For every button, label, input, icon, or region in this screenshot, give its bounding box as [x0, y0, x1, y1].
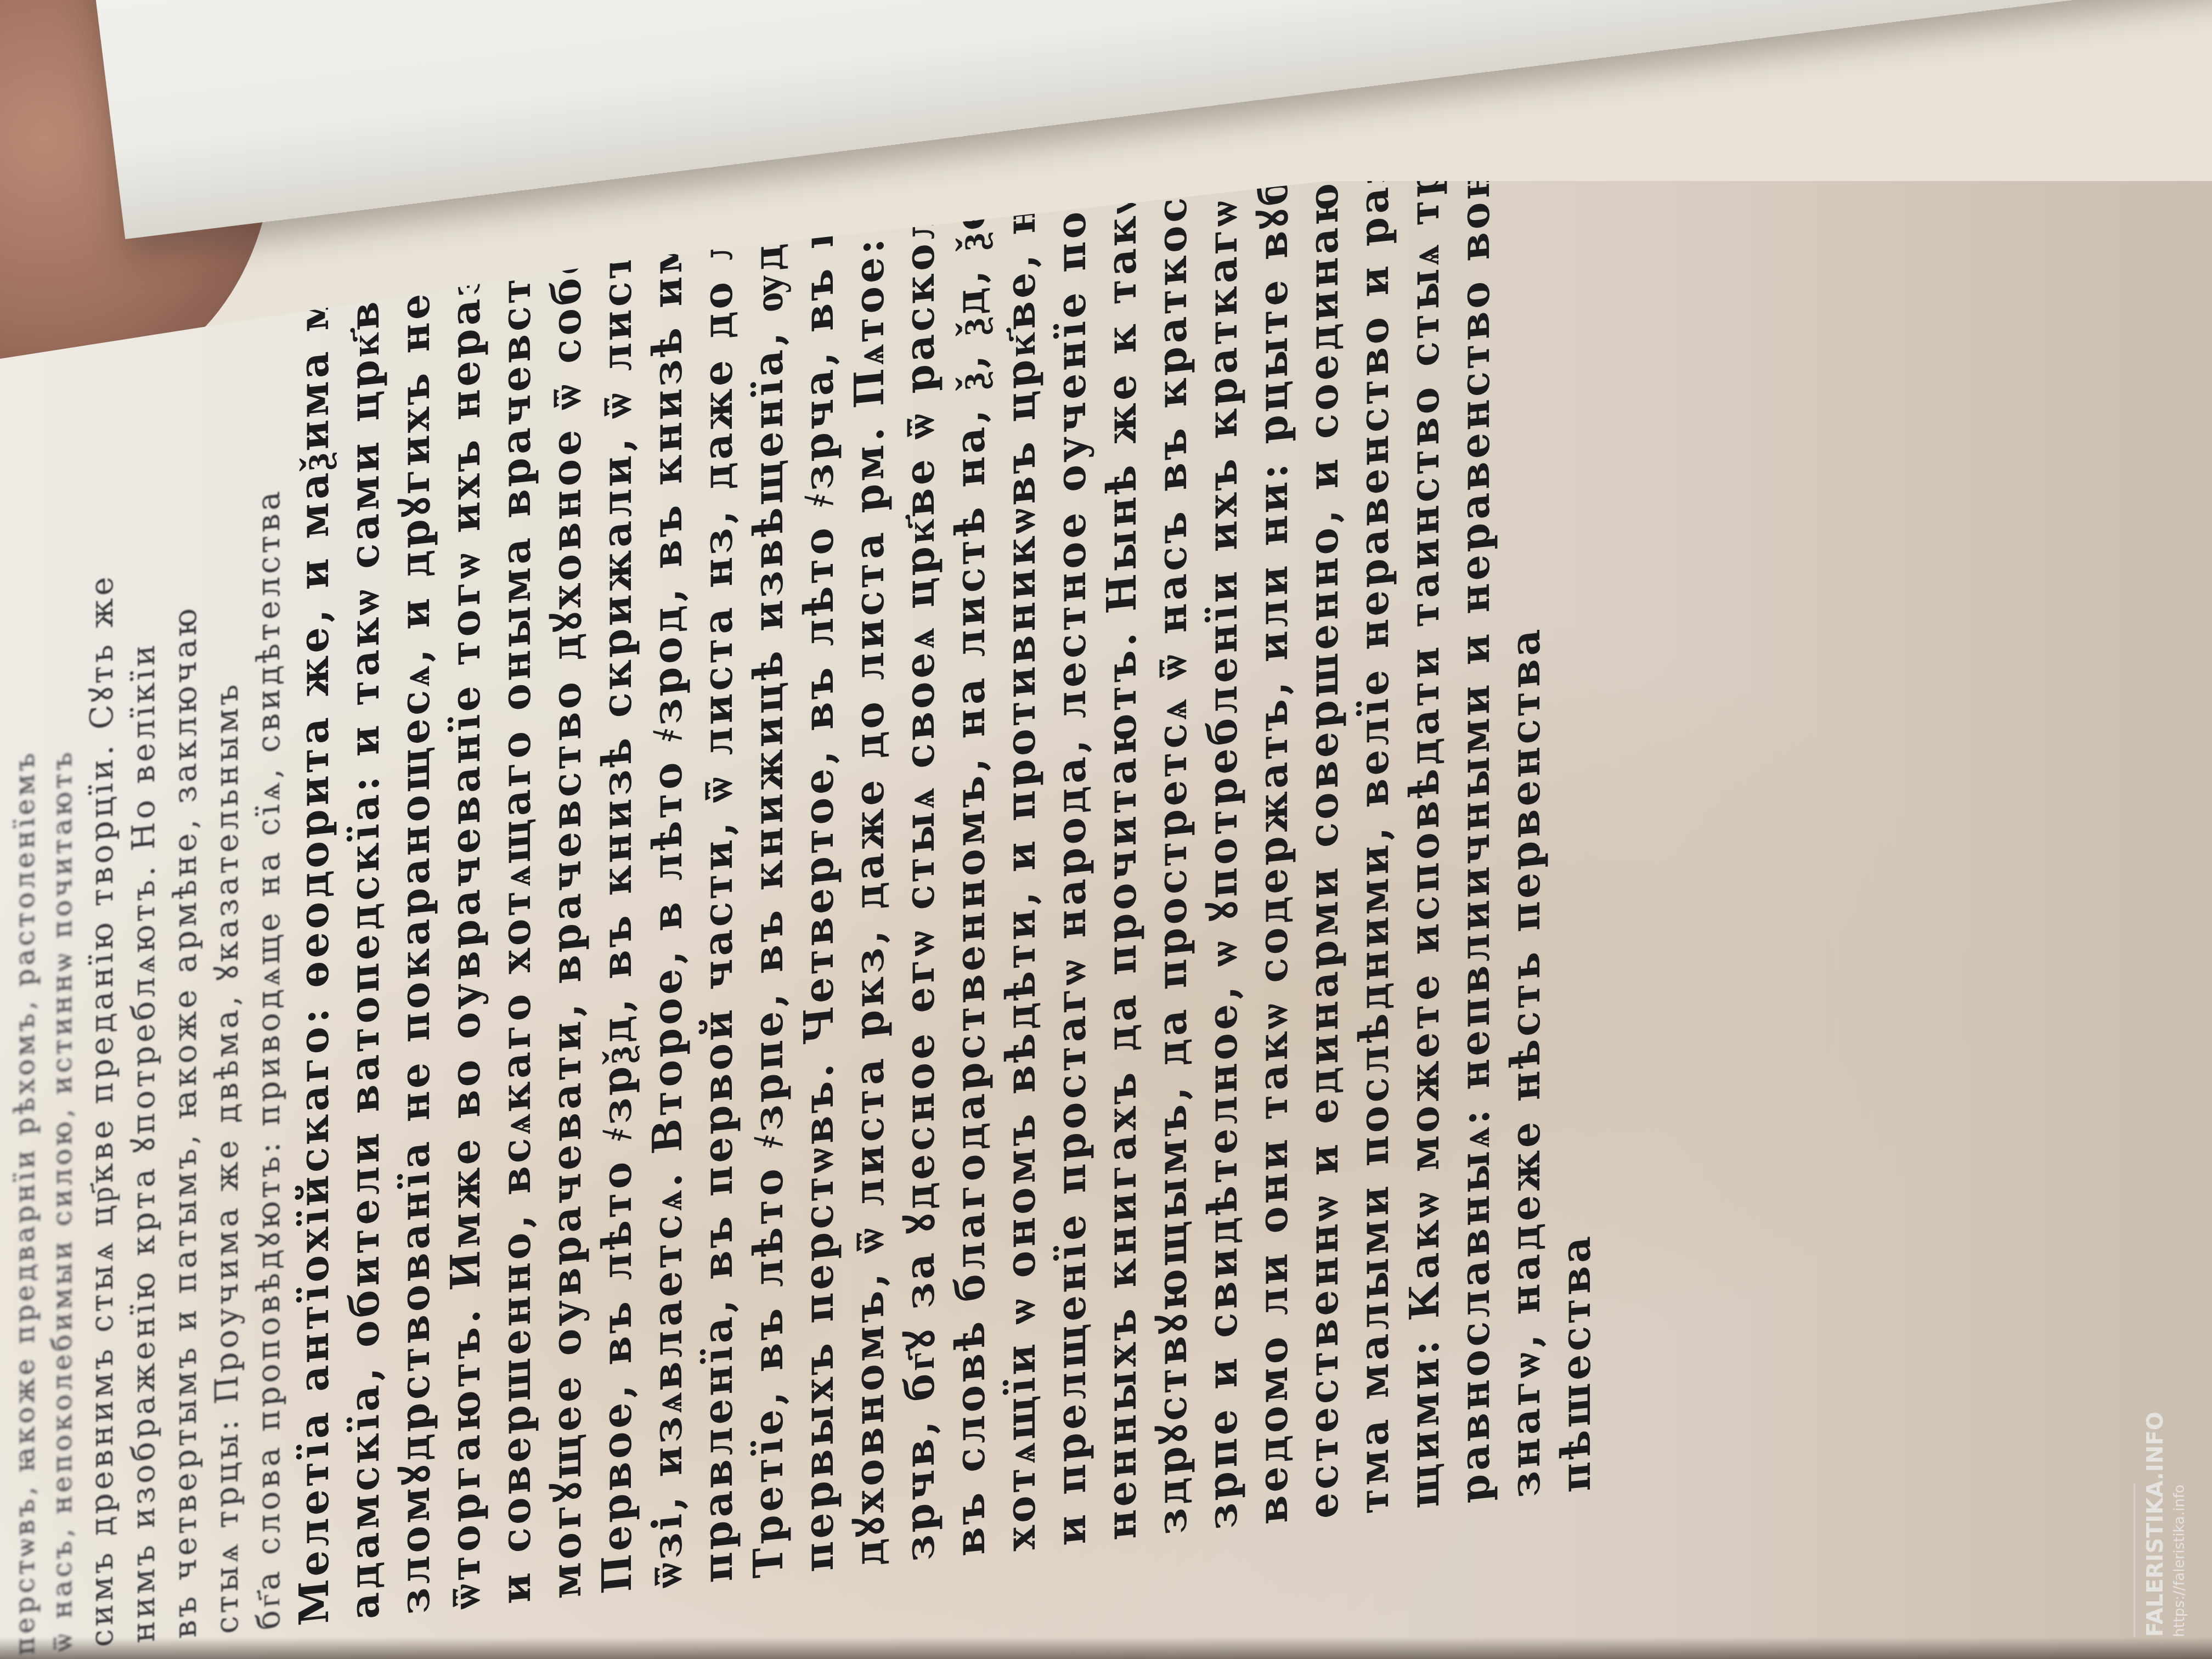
- text-line: хотѧщїи ѡ ономъ вѣдѣти, и противникѡвъ ц…: [1001, 122, 1041, 1553]
- text-line: стыѧ трцы: Проучима же двѣма, ꙋказательн…: [211, 206, 242, 1636]
- text-line: первыхъ перстѡвъ. Четвертое, въ лѣто ҂зр…: [799, 143, 839, 1574]
- watermark-url: https://faleristika.info: [2171, 1483, 2188, 1637]
- text-line: ведомо ли они такѡ содержатъ, или ни: рц…: [1253, 95, 1294, 1526]
- text-line: могꙋщее оуврачевати, врачевство дꙋховное…: [546, 170, 587, 1601]
- text-line: зломꙋдрствованїа не покаранощесѧ, и дрꙋг…: [395, 186, 436, 1617]
- text-line: Третїе, въ лѣто ҂зрпе, въ книжицѣ извѣще…: [748, 149, 789, 1579]
- text-line: ѿ насъ, непоколебимыи силою, истиннѡ поч…: [48, 224, 76, 1653]
- text-line: тма малыми послѣдними, велїе неравенство…: [1354, 85, 1395, 1516]
- text-line: въ четвертымъ и патымъ, ꙗкоже армѣне, за…: [169, 211, 201, 1640]
- text-line: Мелетїа антїохїйскаго: ѳеодорита же, и м…: [294, 196, 335, 1627]
- text-line: перстѡвъ, ꙗкоже предварнїи рѣхомъ, расто…: [11, 228, 38, 1657]
- text-line: и прелщенїе простагѡ народа, лестное оуч…: [1051, 117, 1092, 1548]
- text-line: и совершенно, всѧкаго хотѧщаго оныма вра…: [496, 175, 537, 1606]
- text-line: ненныхъ книгахъ да прочитаютъ. Нынѣ же к…: [1102, 111, 1142, 1542]
- text-line: бг҃а слова проповѣдꙋютъ: приводѧще на сї…: [252, 202, 284, 1632]
- text-line: ѿторгаютъ. Имже во оуврачеванїе тогѡ ихъ…: [445, 180, 486, 1611]
- text-line: зрчв, бг҃ꙋ за ꙋдесное егѡ стыѧ своеѧ црк…: [900, 133, 940, 1564]
- watermark: FALERISTIKA.INFO https://faleristika.inf…: [2134, 1483, 2196, 1637]
- watermark-brand: FALERISTIKA.INFO: [2143, 1483, 2168, 1637]
- text-line: здрꙋствꙋющымъ, да простретсѧ ѿ насъ въ к…: [1152, 106, 1193, 1537]
- text-line: правленїа, въ первой части, ѿ листа нз, …: [698, 154, 738, 1585]
- text-line: пѣшества: [1556, 64, 1596, 1494]
- text-line: ѿзі, изѧвлаетсѧ. Второе, в лѣто ҂зрод, в…: [647, 159, 688, 1590]
- page-bottom-shadow: [0, 1637, 2212, 1659]
- text-line: адамскїа, обители ватопедскїа: и такѡ са…: [345, 191, 385, 1622]
- text-line: дꙋховномъ, ѿ листа ркз, даже до листа рм…: [849, 138, 890, 1569]
- back-page-text: растолени й раздѣл перв о мѣ ꙗ нт ѡ ѣ в …: [580, 0, 2212, 146]
- text-line: равнославныѧ: непвлиичными и неравенство…: [1455, 75, 1496, 1505]
- text-line: Первое, въ лѣто ҂зрѯд, въ книзѣ скрижали…: [597, 165, 637, 1595]
- text-line: зрпе и свидѣтелное, ѡ ꙋпотребленїи ихъ к…: [1203, 101, 1243, 1532]
- page-text-lines: перстѡвъ, ꙗкоже предварнїи рѣхомъ, расто…: [11, 132, 2201, 1657]
- text-line: симъ древнимъ стыѧ цр҃кве преданїю творц…: [86, 219, 117, 1649]
- text-line: знагѡ, надеже нѣсть первенства: [1505, 69, 1546, 1500]
- text-line: нимъ изображенїю крта ꙋпотреблѧютъ. Но в…: [127, 215, 159, 1645]
- book-page: перстѡвъ, ꙗкоже предварнїи рѣхомъ, расто…: [0, 181, 2212, 1659]
- text-line: щими: Какѡ можете исповѣдати таинство ст…: [1404, 80, 1445, 1510]
- text-line: въ словѣ благодарственномъ, на листѣ на,…: [950, 127, 991, 1558]
- text-line: естественнѡ и единарми совершенно, и сое…: [1304, 91, 1344, 1521]
